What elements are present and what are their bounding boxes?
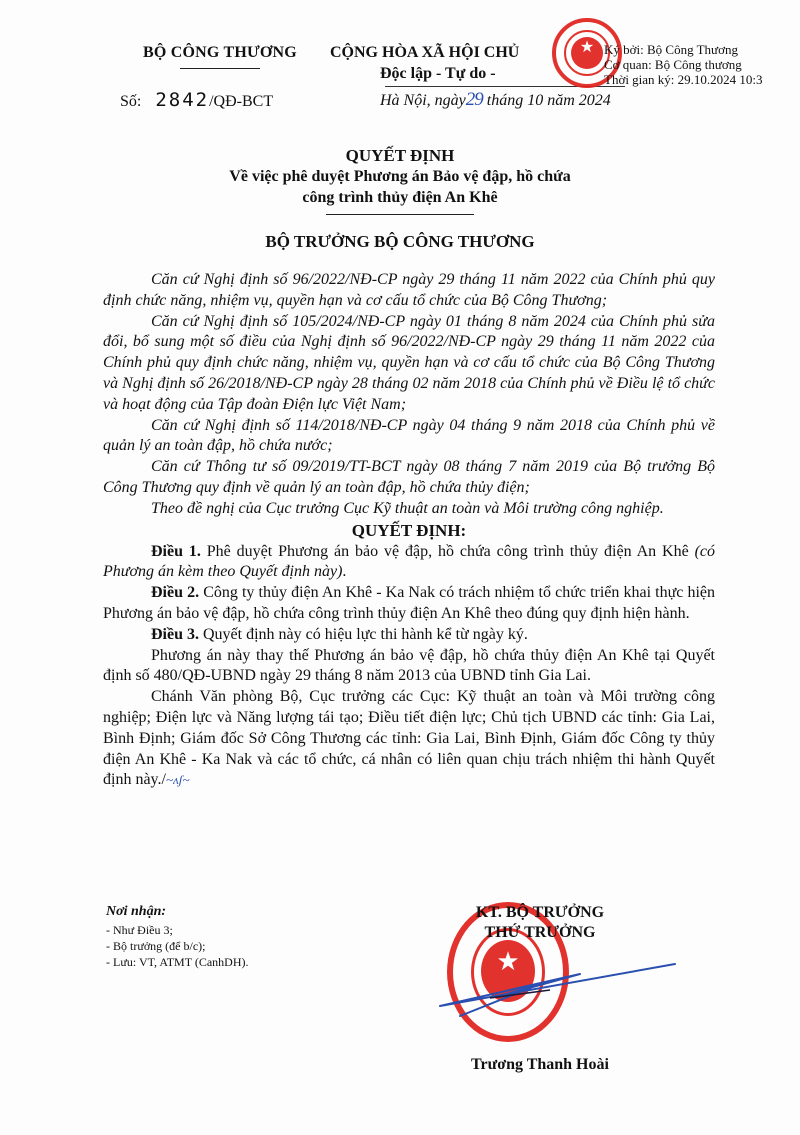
issuer-heading: BỘ TRƯỞNG BỘ CÔNG THƯƠNG: [100, 232, 700, 252]
e-signature-organization: Cơ quan: Bộ Công thương: [604, 57, 763, 72]
replacement-paragraph: Phương án này thay thế Phương án bảo vệ …: [103, 646, 715, 688]
recipients-block: Nơi nhận: - Như Điều 3; - Bộ trưởng (để …: [106, 904, 366, 970]
document-page: BỘ CÔNG THƯƠNG Số:2842/QĐ-BCT CỘNG HÒA X…: [0, 0, 800, 1135]
title-underline: [326, 214, 474, 215]
document-type: QUYẾT ĐỊNH: [100, 146, 700, 166]
article-3-text: Quyết định này có hiệu lực thi hành kể t…: [199, 626, 528, 643]
doc-number-label: Số:: [120, 93, 141, 110]
legal-basis-1: Căn cứ Nghị định số 96/2022/NĐ-CP ngày 2…: [103, 270, 715, 312]
article-1: Điều 1. Phê duyệt Phương án bảo vệ đập, …: [103, 542, 715, 584]
place-date-prefix: Hà Nội, ngày: [380, 92, 466, 109]
e-signature-time: Thời gian ký: 29.10.2024 10:3: [604, 72, 763, 87]
agency-header: BỘ CÔNG THƯƠNG: [120, 44, 320, 69]
title-block: QUYẾT ĐỊNH Về việc phê duyệt Phương án B…: [100, 146, 700, 215]
legal-basis-4: Căn cứ Thông tư số 09/2019/TT-BCT ngày 0…: [103, 457, 715, 499]
agency-name: BỘ CÔNG THƯƠNG: [120, 44, 320, 62]
place-date-suffix: tháng 10 năm 2024: [487, 92, 611, 109]
decision-heading: QUYẾT ĐỊNH:: [103, 520, 715, 542]
place-date-day: 29: [466, 89, 483, 110]
signer-block: KT. BỘ TRƯỞNG THỨ TRƯỞNG: [410, 903, 670, 943]
doc-number-handwritten: 2842: [155, 89, 209, 111]
article-1-label: Điều 1.: [151, 543, 201, 560]
article-2: Điều 2. Công ty thủy điện An Khê - Ka Na…: [103, 583, 715, 625]
star-icon: ★: [571, 39, 603, 57]
initial-mark-icon: ~ʌʃ~: [166, 772, 190, 787]
legal-basis-2: Căn cứ Nghị định số 105/2024/NĐ-CP ngày …: [103, 312, 715, 416]
article-1-tail: .: [342, 563, 346, 580]
place-date: Hà Nội, ngày29 tháng 10 năm 2024: [380, 89, 611, 111]
document-number: Số:2842/QĐ-BCT: [120, 89, 273, 111]
e-signature-info: Ký bởi: Bộ Công Thương Cơ quan: Bộ Công …: [604, 42, 763, 87]
agency-underline: [180, 68, 260, 69]
doc-number-suffix: /QĐ-BCT: [209, 93, 273, 110]
article-2-label: Điều 2.: [151, 584, 199, 601]
legal-basis-5: Theo đề nghị của Cục trưởng Cục Kỹ thuật…: [103, 499, 715, 520]
recipient-item: - Như Điều 3;: [106, 922, 366, 938]
execution-paragraph: Chánh Văn phòng Bộ, Cục trưởng các Cục: …: [103, 687, 715, 791]
document-body: Căn cứ Nghị định số 96/2022/NĐ-CP ngày 2…: [103, 270, 715, 791]
signer-role-line-1: KT. BỘ TRƯỞNG: [410, 903, 670, 923]
signer-name: Trương Thanh Hoài: [410, 1056, 670, 1074]
article-3-label: Điều 3.: [151, 626, 199, 643]
subject-line-2: công trình thủy điện An Khê: [100, 188, 700, 208]
execution-text: Chánh Văn phòng Bộ, Cục trưởng các Cục: …: [103, 688, 715, 788]
subject-line-1: Về việc phê duyệt Phương án Bảo vệ đập, …: [100, 167, 700, 187]
recipients-title: Nơi nhận:: [106, 904, 366, 920]
e-signature-signer: Ký bởi: Bộ Công Thương: [604, 42, 763, 57]
signer-role-line-2: THỨ TRƯỞNG: [410, 923, 670, 943]
article-1-text: Phê duyệt Phương án bảo vệ đập, hồ chứa …: [201, 543, 695, 560]
legal-basis-3: Căn cứ Nghị định số 114/2018/NĐ-CP ngày …: [103, 416, 715, 458]
recipient-item: - Lưu: VT, ATMT (CanhDH).: [106, 954, 366, 970]
recipient-item: - Bộ trưởng (để b/c);: [106, 938, 366, 954]
article-3: Điều 3. Quyết định này có hiệu lực thi h…: [103, 625, 715, 646]
handwritten-signature-icon: [430, 960, 680, 1030]
